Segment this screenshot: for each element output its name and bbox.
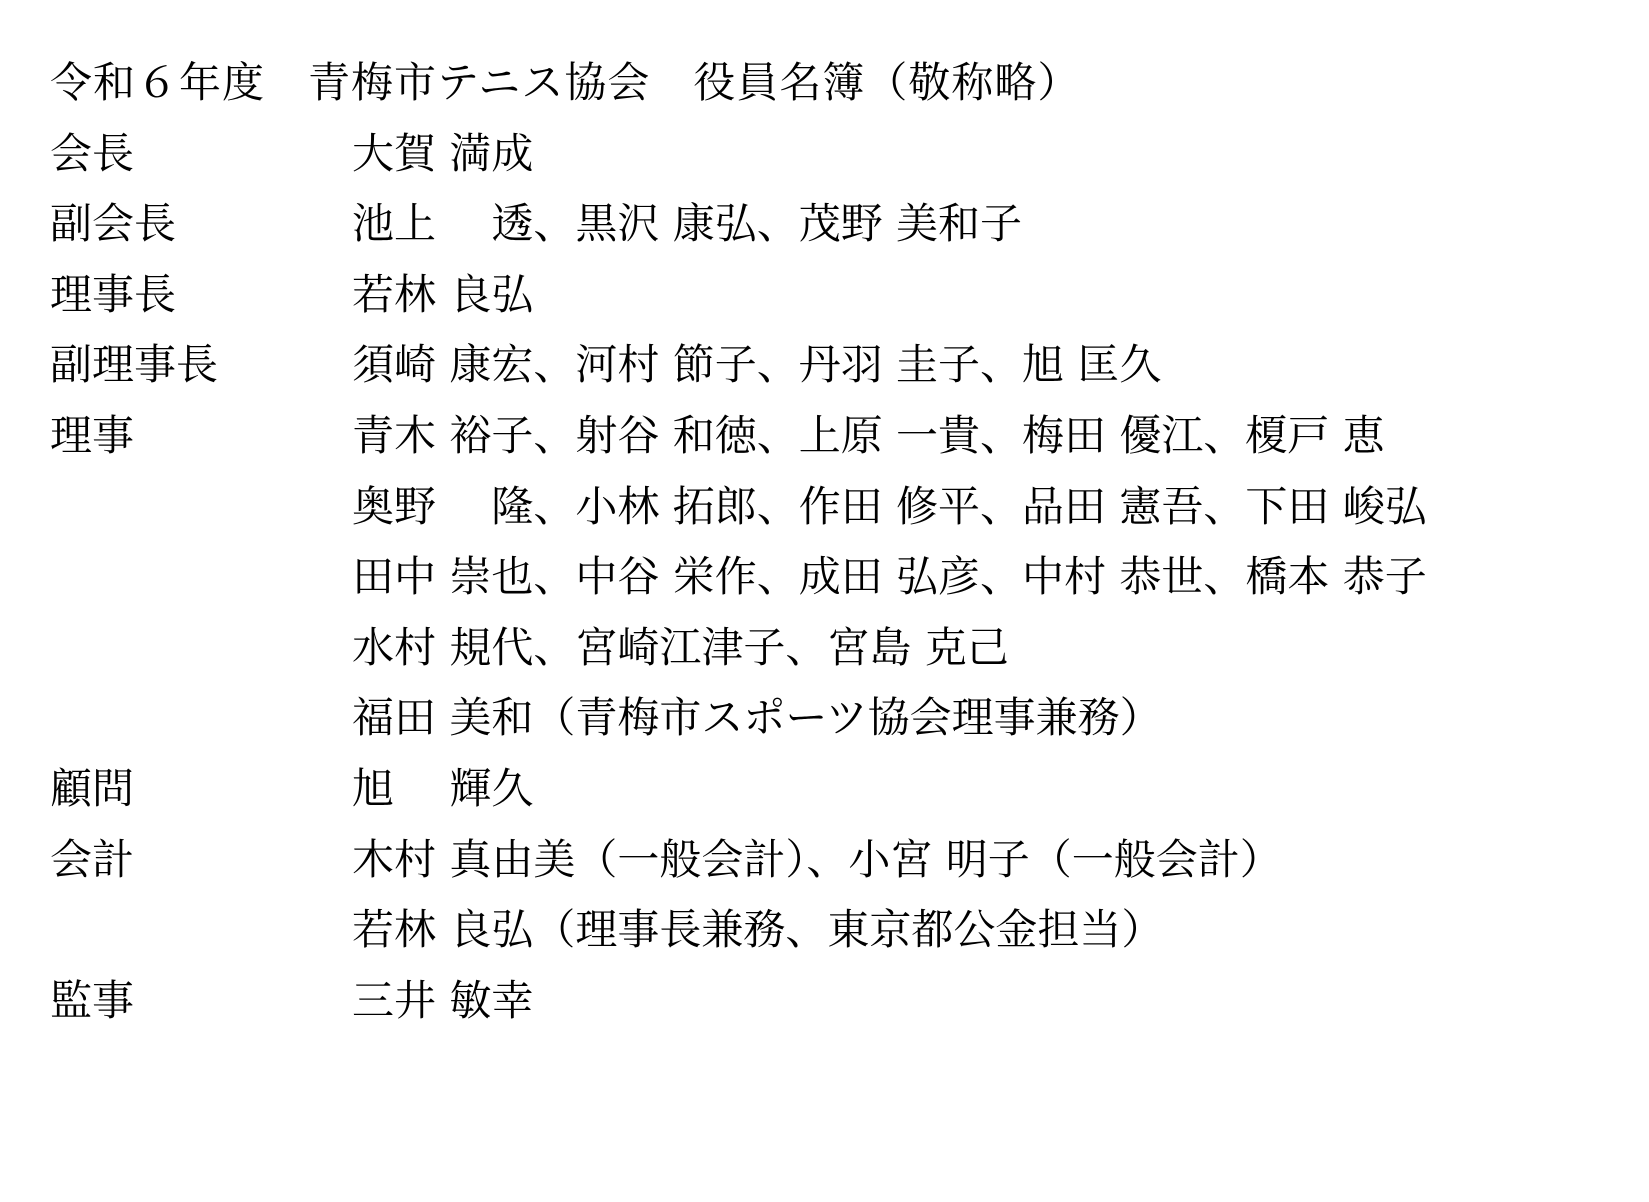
names-text: 若林 良弘: [352, 260, 1610, 331]
names-text: 池上 透、黒沢 康弘、茂野 美和子: [352, 189, 1610, 260]
roster-row-directors-cont-1: 奥野 隆、小林 拓郎、作田 修平、品田 憲吾、下田 峻弘: [50, 472, 1610, 543]
names-text: 木村 真由美（一般会計）、小宮 明子（一般会計）: [352, 825, 1610, 896]
roster-row-directors-cont-4: 福田 美和（青梅市スポーツ協会理事兼務）: [50, 683, 1610, 754]
names-text: 福田 美和（青梅市スポーツ協会理事兼務）: [352, 683, 1610, 754]
role-label: [50, 472, 352, 543]
role-label: [50, 895, 352, 966]
role-label: 理事長: [50, 260, 352, 331]
document-title: 令和６年度 青梅市テニス協会 役員名簿（敬称略）: [50, 48, 1610, 119]
role-label: 顧問: [50, 754, 352, 825]
role-label: [50, 613, 352, 684]
names-text: 三井 敏幸: [352, 966, 1610, 1037]
names-text: 水村 規代、宮崎江津子、宮島 克己: [352, 613, 1610, 684]
role-label: 会長: [50, 119, 352, 190]
roster-row-auditor: 監事 三井 敏幸: [50, 966, 1610, 1037]
names-text: 須崎 康宏、河村 節子、丹羽 圭子、旭 匡久: [352, 330, 1610, 401]
officer-roster-document: 令和６年度 青梅市テニス協会 役員名簿（敬称略） 会長 大賀 満成 副会長 池上…: [50, 48, 1610, 1036]
names-text: 奥野 隆、小林 拓郎、作田 修平、品田 憲吾、下田 峻弘: [352, 472, 1610, 543]
names-text: 若林 良弘（理事長兼務、東京都公金担当）: [352, 895, 1610, 966]
roster-row-treasurer-cont: 若林 良弘（理事長兼務、東京都公金担当）: [50, 895, 1610, 966]
roster-row-directors: 理事 青木 裕子、射谷 和徳、上原 一貴、梅田 優江、榎戸 恵: [50, 401, 1610, 472]
role-label: 会計: [50, 825, 352, 896]
roster-row-president: 会長 大賀 満成: [50, 119, 1610, 190]
roster-row-directors-cont-3: 水村 規代、宮崎江津子、宮島 克己: [50, 613, 1610, 684]
roster-row-vice-president: 副会長 池上 透、黒沢 康弘、茂野 美和子: [50, 189, 1610, 260]
names-text: 大賀 満成: [352, 119, 1610, 190]
role-label: [50, 683, 352, 754]
names-text: 旭 輝久: [352, 754, 1610, 825]
roster-row-chairman: 理事長 若林 良弘: [50, 260, 1610, 331]
names-text: 田中 崇也、中谷 栄作、成田 弘彦、中村 恭世、橋本 恭子: [352, 542, 1610, 613]
names-text: 青木 裕子、射谷 和徳、上原 一貴、梅田 優江、榎戸 恵: [352, 401, 1610, 472]
role-label: 副理事長: [50, 330, 352, 401]
role-label: 副会長: [50, 189, 352, 260]
roster-row-advisor: 顧問 旭 輝久: [50, 754, 1610, 825]
roster-row-treasurer: 会計 木村 真由美（一般会計）、小宮 明子（一般会計）: [50, 825, 1610, 896]
role-label: 理事: [50, 401, 352, 472]
role-label: 監事: [50, 966, 352, 1037]
roster-row-vice-chairman: 副理事長 須崎 康宏、河村 節子、丹羽 圭子、旭 匡久: [50, 330, 1610, 401]
roster-row-directors-cont-2: 田中 崇也、中谷 栄作、成田 弘彦、中村 恭世、橋本 恭子: [50, 542, 1610, 613]
role-label: [50, 542, 352, 613]
